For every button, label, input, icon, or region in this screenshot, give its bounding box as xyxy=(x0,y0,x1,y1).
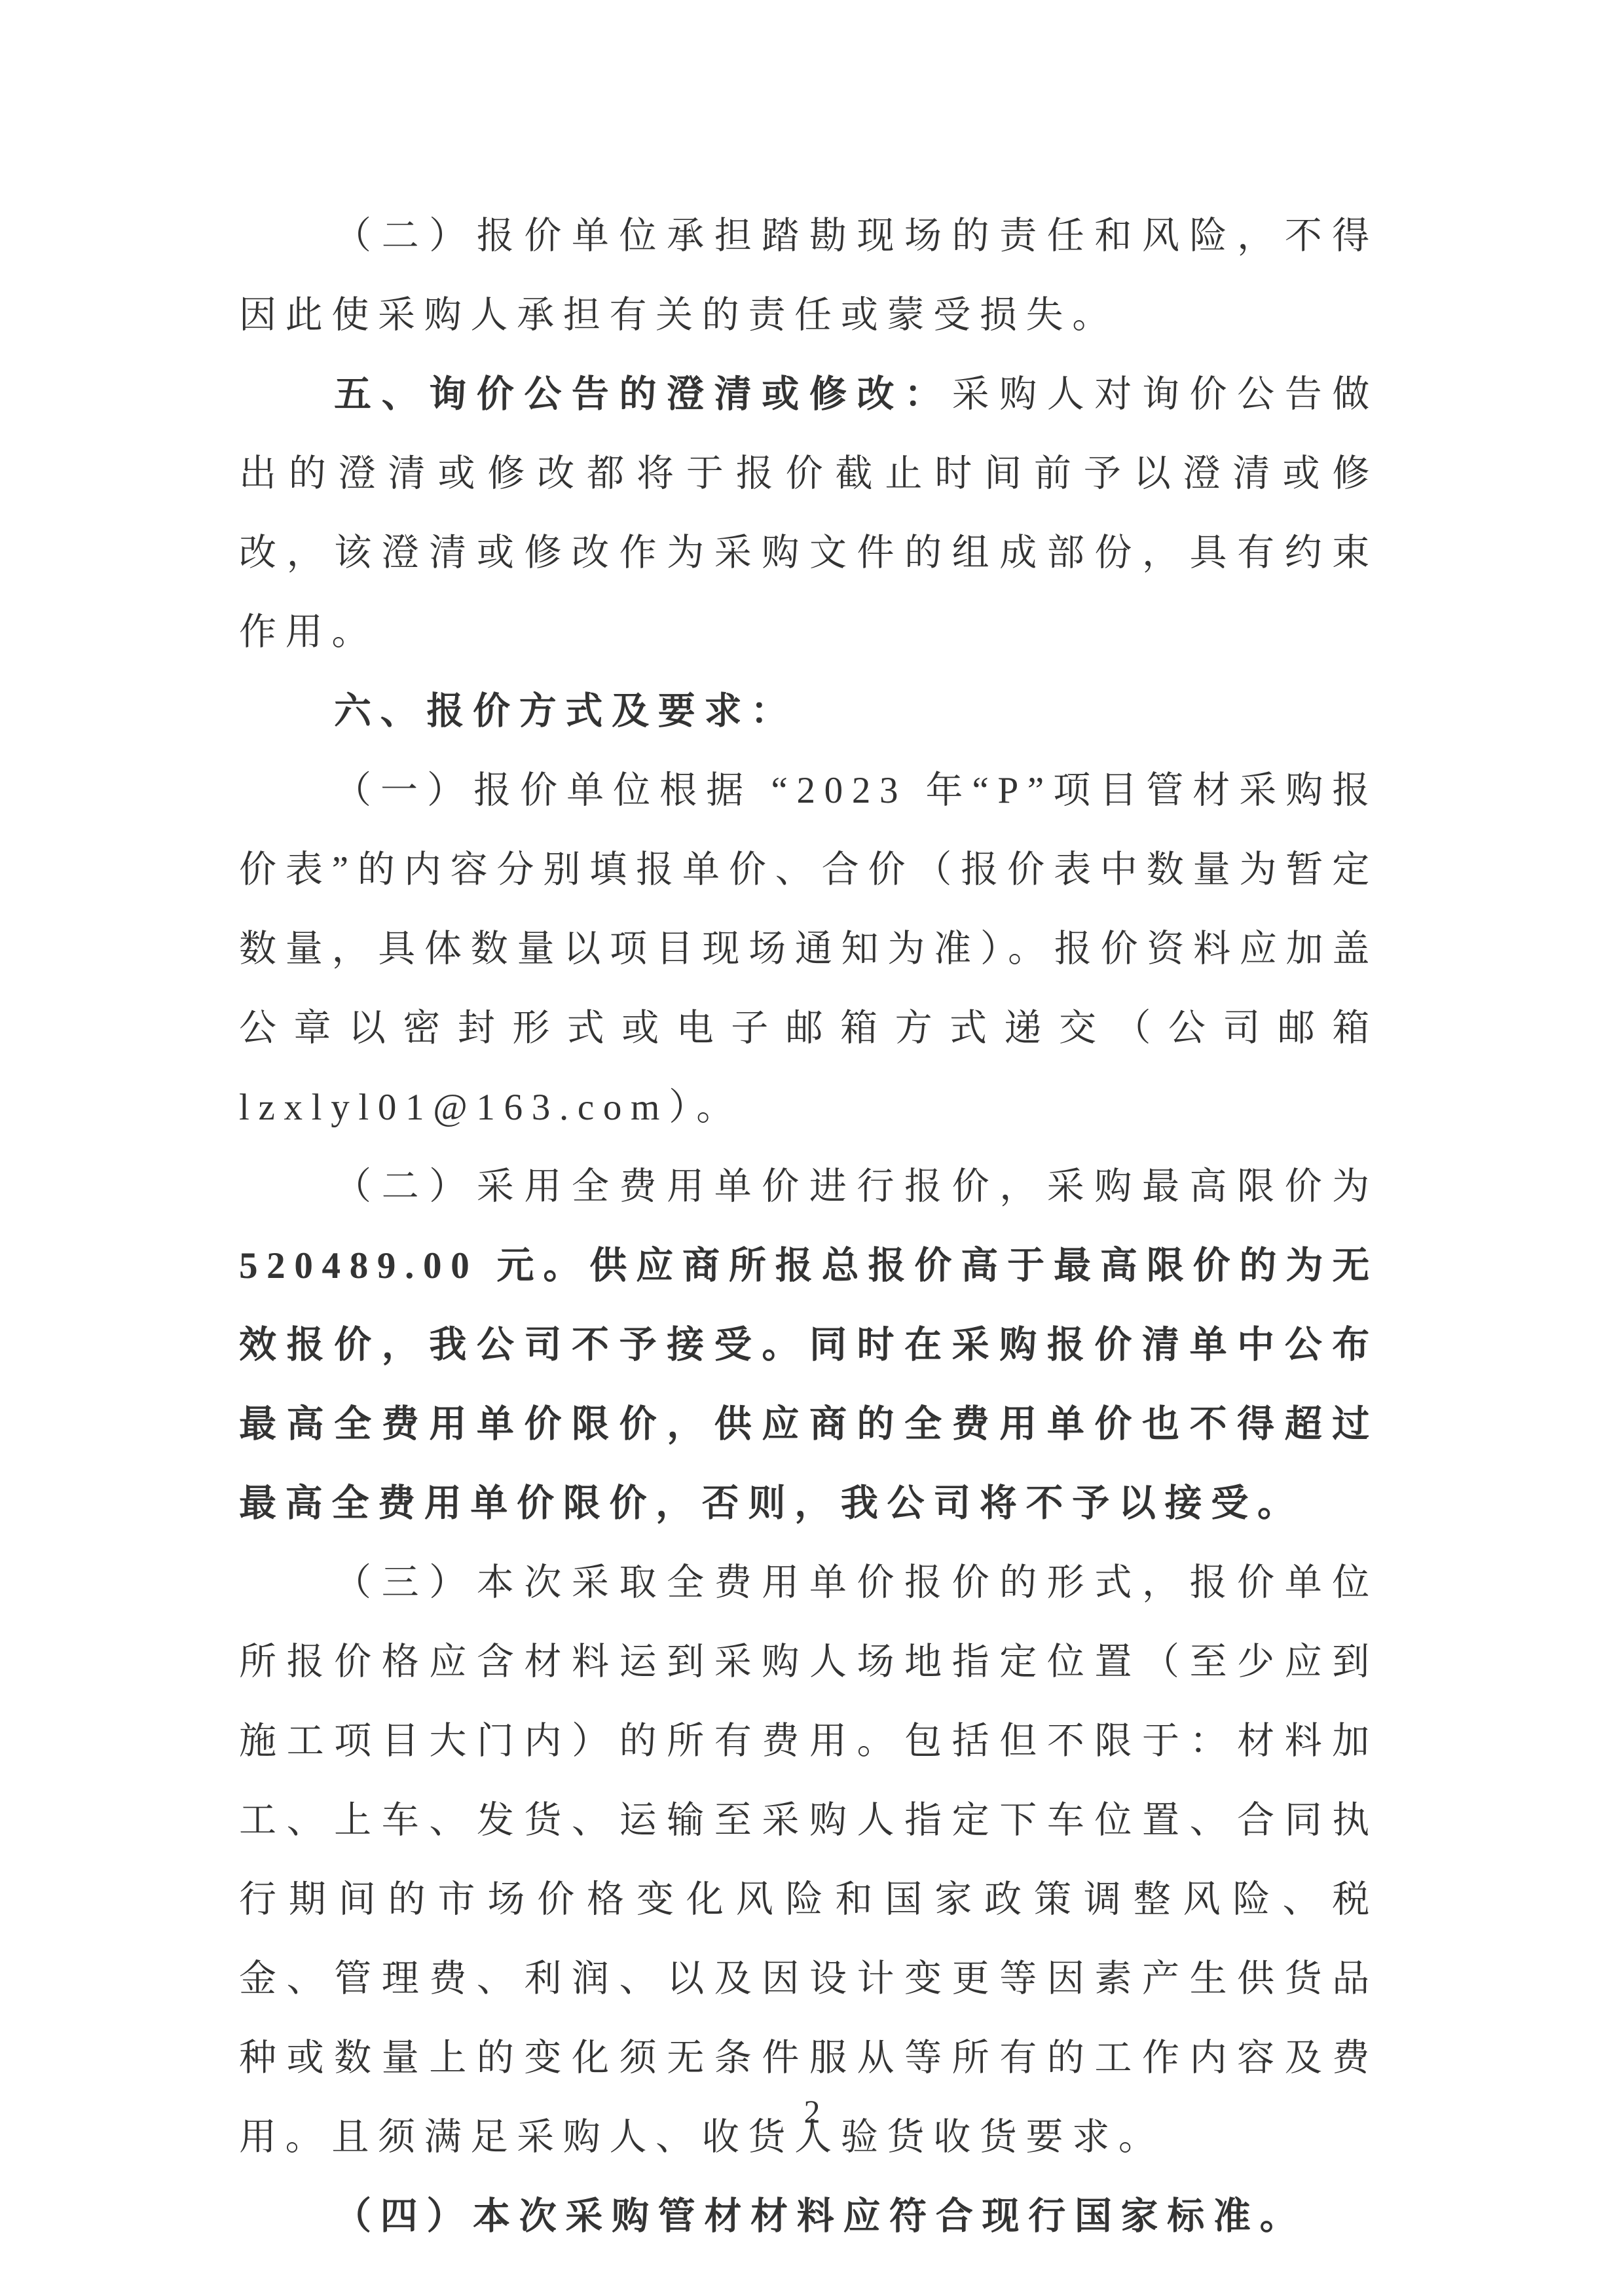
document-body: （二）报价单位承担踏勘现场的责任和风险，不得因此使采购人承担有关的责任或蒙受损失… xyxy=(239,196,1378,2256)
paragraph-price-limit-bold-text: 520489.00 元。供应商所报总报价高于最高限价的为无效报价，我公司不予接受… xyxy=(239,1245,1378,1524)
paragraph-text: （二）采用全费用单价进行报价，采购最高限价为 xyxy=(334,1166,1378,1207)
paragraph-heading-text: 五、询价公告的澄清或修改： xyxy=(334,374,952,415)
paragraph-text: （三）本次采取全费用单价报价的形式，报价单位所报价格应含材料运到采购人场地指定位… xyxy=(239,1562,1378,2158)
paragraph-all-inclusive-price: （三）本次采取全费用单价报价的形式，报价单位所报价格应含材料运到采购人场地指定位… xyxy=(239,1543,1378,2177)
paragraph-heading-text: 六、报价方式及要求： xyxy=(334,691,797,732)
page-number: 2 xyxy=(0,2092,1624,2130)
paragraph-clarification: 五、询价公告的澄清或修改：采购人对询价公告做出的澄清或修改都将于报价截止时间前予… xyxy=(239,355,1378,672)
paragraph-text: （一）报价单位根据 “2023 年“P”项目管材采购报价表”的内容分别填报单价、… xyxy=(239,770,1378,1128)
paragraph-national-standard: （四）本次采购管材材料应符合现行国家标准。 xyxy=(239,2177,1378,2256)
document-page: （二）报价单位承担踏勘现场的责任和风险，不得因此使采购人承担有关的责任或蒙受损失… xyxy=(0,0,1624,2296)
paragraph-text: （二）报价单位承担踏勘现场的责任和风险，不得因此使采购人承担有关的责任或蒙受损失… xyxy=(239,215,1378,336)
paragraph-quote-method-heading: 六、报价方式及要求： xyxy=(239,672,1378,751)
paragraph-text: （四）本次采购管材材料应符合现行国家标准。 xyxy=(334,2196,1306,2237)
paragraph-quote-form: （一）报价单位根据 “2023 年“P”项目管材采购报价表”的内容分别填报单价、… xyxy=(239,751,1378,1147)
paragraph-text: 采购人对询价公告做出的澄清或修改都将于报价截止时间前予以澄清或修改，该澄清或修改… xyxy=(239,374,1378,653)
paragraph-site-risk: （二）报价单位承担踏勘现场的责任和风险，不得因此使采购人承担有关的责任或蒙受损失… xyxy=(239,196,1378,355)
paragraph-price-limit: （二）采用全费用单价进行报价，采购最高限价为 520489.00 元。供应商所报… xyxy=(239,1147,1378,1543)
